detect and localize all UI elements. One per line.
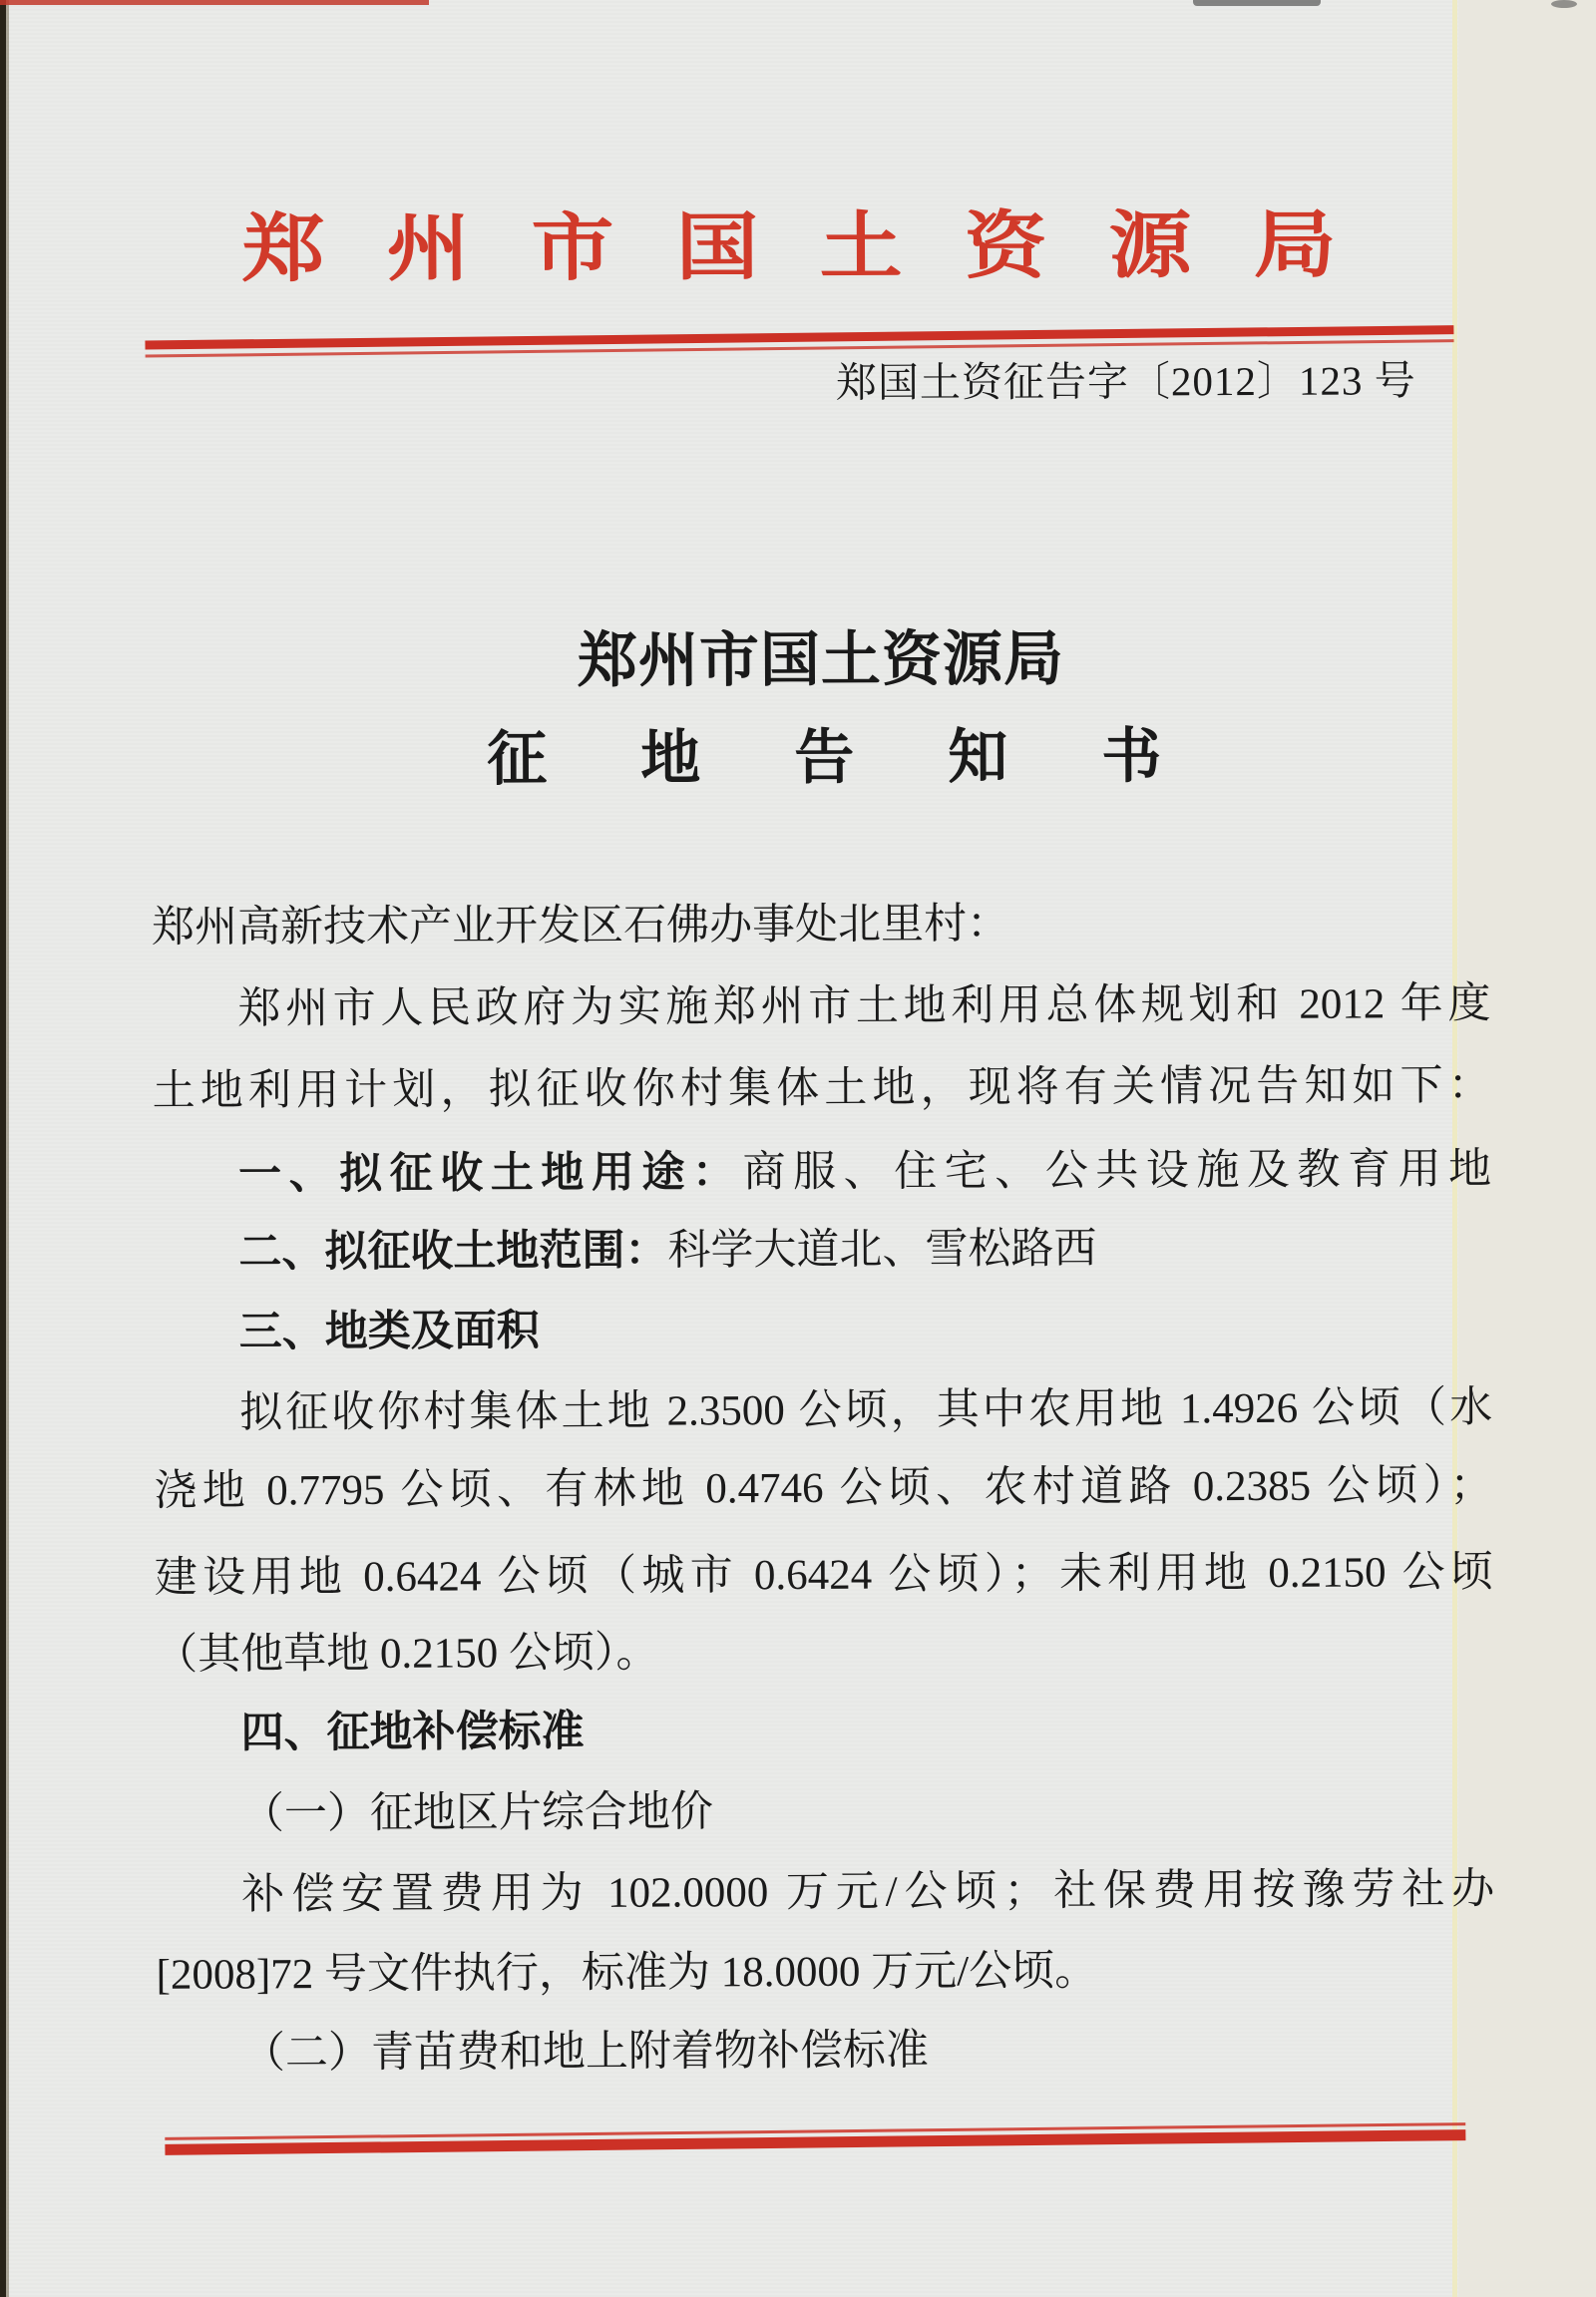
letterhead-agency-name: 郑 州 市 国 土 资 源 局: [246, 207, 1332, 290]
agency-char: 局: [1253, 207, 1336, 285]
title-char: 书: [1101, 722, 1161, 790]
notice-title-line1: 郑州市国土资源局: [572, 625, 1070, 695]
body-line: 补偿安置费用为 102.0000 万元/公顷；社保费用按豫劳社办: [156, 1850, 1494, 1936]
body-line-sub-2: （二）青苗费和地上附着物补偿标准: [157, 2009, 1495, 2095]
body-line-item-2: 二、拟征收土地范围：科学大道北、雪松路西: [153, 1207, 1491, 1293]
notice-title-line2: 征 地 告 知 书: [487, 722, 1161, 793]
body-line: 浇地 0.7795 公顷、有林地 0.4746 公顷、农村道路 0.2385 公…: [154, 1446, 1492, 1532]
agency-char: 源: [1109, 207, 1192, 285]
agency-char: 郑: [241, 211, 324, 289]
scanned-notice-page: 郑 州 市 国 土 资 源 局 郑国土资征告字〔2012〕123 号 郑州市国土…: [0, 0, 1596, 2297]
body-line-item-4: 四、征地补偿标准: [155, 1688, 1493, 1773]
agency-char: 资: [965, 208, 1047, 286]
body-line: 土地利用计划，拟征收你村集体土地，现将有关情况告知如下：: [153, 1046, 1491, 1132]
title-char: 告: [794, 724, 854, 792]
agency-char: 市: [531, 210, 613, 288]
body-line-item-3: 三、地类及面积: [154, 1287, 1492, 1372]
title-char: 地: [640, 724, 700, 792]
item-3-label: 三、地类及面积: [239, 1307, 540, 1355]
title-char: 征: [487, 725, 547, 793]
addressee-line: 郑州高新技术产业开发区石佛办事处北里村：: [152, 883, 1490, 968]
agency-char: 国: [675, 209, 758, 287]
doc-number: 郑国土资征告字〔2012〕123 号: [816, 356, 1416, 407]
item-1-label: 一、拟征收土地用途：: [238, 1148, 743, 1198]
agency-char: 州: [386, 210, 469, 288]
body-line: 郑州市人民政府为实施郑州市土地利用总体规划和 2012 年度: [152, 964, 1490, 1050]
item-2-label: 二、拟征收土地范围：: [238, 1227, 667, 1277]
document-content: 郑 州 市 国 土 资 源 局 郑国土资征告字〔2012〕123 号 郑州市国土…: [0, 0, 1596, 2297]
body-line: 建设用地 0.6424 公顷（城市 0.6424 公顷）；未利用地 0.2150…: [155, 1533, 1493, 1619]
item-2-text: 科学大道北、雪松路西: [667, 1226, 1096, 1275]
agency-char: 土: [820, 209, 903, 287]
body-line: 拟征收你村集体土地 2.3500 公顷，其中农用地 1.4926 公顷（水: [154, 1368, 1492, 1454]
body-line: （其他草地 0.2150 公顷）。: [155, 1610, 1493, 1696]
item-4-label: 四、征地补偿标准: [240, 1708, 584, 1757]
title-char: 知: [948, 723, 1007, 791]
footer-double-rule: [165, 2122, 1465, 2155]
letterhead-double-rule: [145, 325, 1453, 357]
body-line-sub-1: （一）征地区片综合地价: [156, 1769, 1494, 1855]
body-line-item-1: 一、拟征收土地用途：商服、住宅、公共设施及教育用地: [153, 1129, 1491, 1215]
body-line: [2008]72 号文件执行，标准为 18.0000 万元/公顷。: [156, 1930, 1494, 2016]
item-1-text: 商服、住宅、公共设施及教育用地: [742, 1146, 1491, 1196]
